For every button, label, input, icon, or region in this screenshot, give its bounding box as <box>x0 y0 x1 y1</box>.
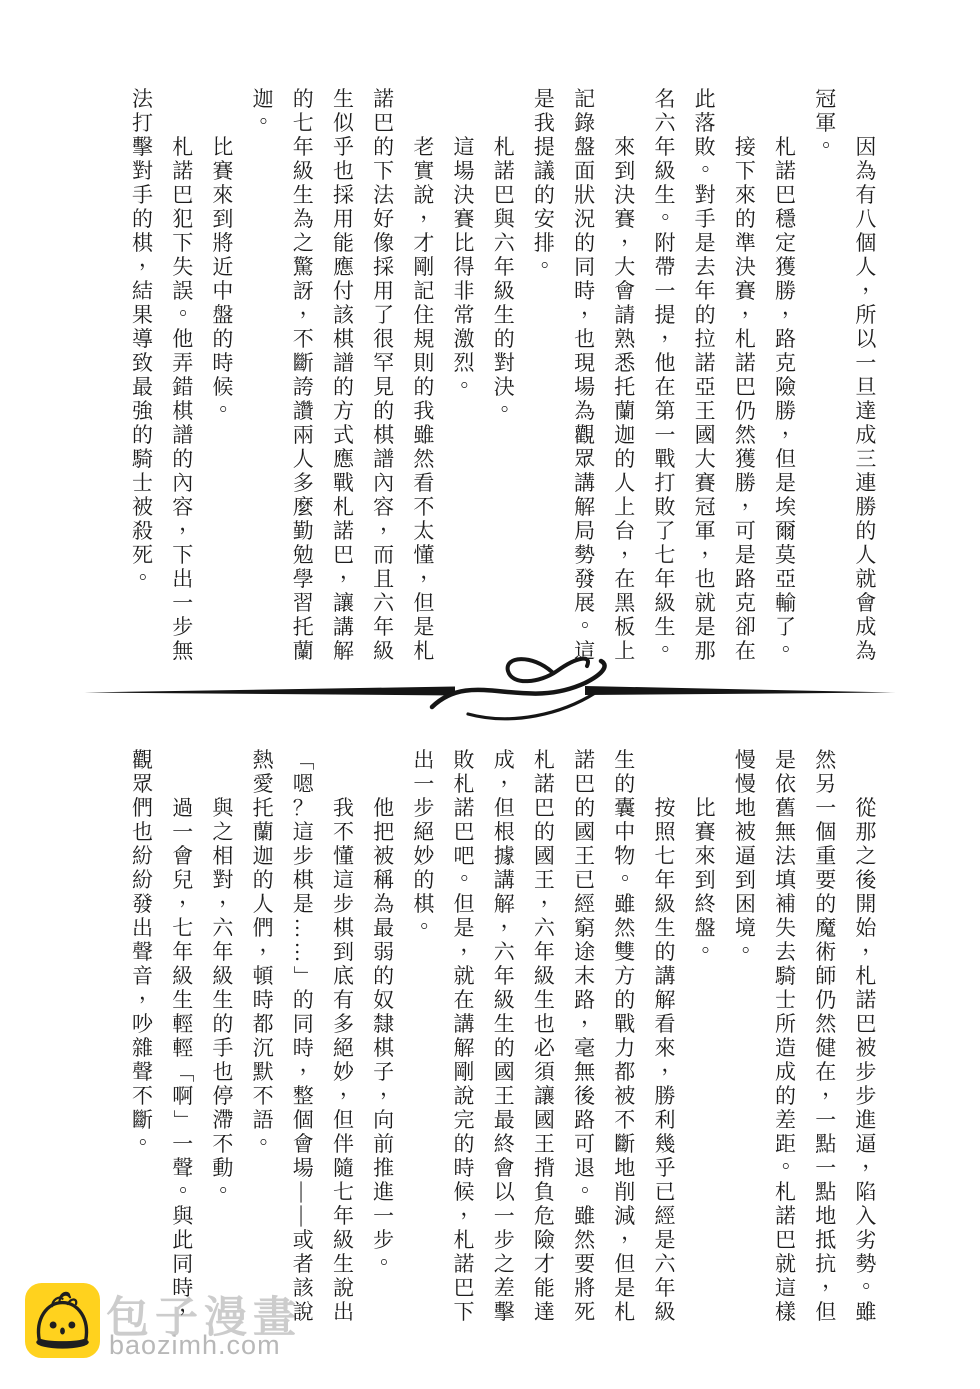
text-column: 觀眾們也紛紛發出聲音，吵雜聲不斷。 <box>122 748 162 1324</box>
text-column: 熱愛托蘭迦的人們，頓時都沉默不語。 <box>243 748 283 1324</box>
text-column: 札諾巴穩定獲勝，路克險勝，但是埃爾莫亞輸了。 <box>765 87 805 663</box>
text-column: 札諾巴的國王，六年級生也必須讓國王揹負危險才能達 <box>524 748 564 1324</box>
text-column: 冠軍。 <box>806 87 846 663</box>
text-column: 從那之後開始，札諾巴被步步進逼，陷入劣勢。雖 <box>846 748 886 1324</box>
text-column: 生的囊中物。雖然雙方的戰力都被不斷地削減，但是札 <box>605 748 645 1324</box>
text-column: 慢慢地被逼到困境。 <box>725 748 765 1324</box>
bottom-text-block: 從那之後開始，札諾巴被步步進逼，陷入劣勢。雖然另一個重要的魔術師仍然健在，一點一… <box>122 748 886 1324</box>
text-column: 名六年級生。附帶一提，他在第一戰打敗了七年級生。 <box>645 87 685 663</box>
text-column: 的七年級生為之驚訝，不斷誇讚兩人多麼勤勉學習托蘭 <box>283 87 323 663</box>
text-column: 札諾巴犯下失誤。他弄錯棋譜的內容，下出一步無 <box>163 87 203 663</box>
text-column: 法打擊對手的棋，結果導致最強的騎士被殺死。 <box>122 87 162 663</box>
baozi-bun-icon <box>25 1283 100 1358</box>
watermark-site-url: baozimh.com <box>109 1330 281 1361</box>
text-column: 敗札諾巴吧。但是，就在講解剛說完的時候，札諾巴下 <box>444 748 484 1324</box>
text-column: 成，但根據講解，六年級生的國王最終會以一步之差擊 <box>484 748 524 1324</box>
text-column: 因為有八個人，所以一旦達成三連勝的人就會成為 <box>846 87 886 663</box>
text-column: 然另一個重要的魔術師仍然健在，一點一點地抵抗，但 <box>806 748 846 1324</box>
top-text-block: 因為有八個人，所以一旦達成三連勝的人就會成為冠軍。札諾巴穩定獲勝，路克險勝，但是… <box>122 87 886 663</box>
section-divider-flourish <box>80 652 900 738</box>
text-column: 是依舊無法填補失去騎士所造成的差距。札諾巴就這樣 <box>765 748 805 1324</box>
text-column: 是我提議的安排。 <box>524 87 564 663</box>
text-column: 接下來的準決賽，札諾巴仍然獲勝，可是路克卻在 <box>725 87 765 663</box>
text-column: 來到決賽，大會請熟悉托蘭迦的人上台，在黑板上 <box>605 87 645 663</box>
text-column: 此落敗。對手是去年的拉諾亞王國大賽冠軍，也就是那 <box>685 87 725 663</box>
text-column: 諾巴的下法好像採用了很罕見的棋譜內容，而且六年級 <box>364 87 404 663</box>
text-column: 記錄盤面狀況的同時，也現場為觀眾講解局勢發展。這 <box>565 87 605 663</box>
text-column: 與之相對，六年級生的手也停滯不動。 <box>203 748 243 1324</box>
text-column: 諾巴的國王已經窮途末路，毫無後路可退。雖然要將死 <box>565 748 605 1324</box>
text-column: 過一會兒，七年級生輕輕「啊」一聲。與此同時， <box>163 748 203 1324</box>
text-column: 這場決賽比得非常激烈。 <box>444 87 484 663</box>
text-column: 出一步絕妙的棋。 <box>404 748 444 1324</box>
text-column: 我不懂這步棋到底有多絕妙，但伴隨七年級生說出 <box>323 748 363 1324</box>
text-column: 比賽來到終盤。 <box>685 748 725 1324</box>
text-column: 按照七年級生的講解看來，勝利幾乎已經是六年級 <box>645 748 685 1324</box>
text-column: 比賽來到將近中盤的時候。 <box>203 87 243 663</box>
text-column: 他把被稱為最弱的奴隸棋子，向前推進一步。 <box>364 748 404 1324</box>
text-column: 「嗯？這步棋是……」的同時，整個會場——或者該說 <box>283 748 323 1324</box>
text-column: 迦。 <box>243 87 283 663</box>
text-column: 老實說，才剛記住規則的我雖然看不太懂，但是札 <box>404 87 444 663</box>
novel-page: 包子漫畫 baozimh.com 因為有八個人，所以一旦達成三連勝的人就會成為冠… <box>0 0 980 1389</box>
text-column: 札諾巴與六年級生的對決。 <box>484 87 524 663</box>
text-column: 生似乎也採用能應付該棋譜的方式應戰札諾巴，讓講解 <box>323 87 363 663</box>
